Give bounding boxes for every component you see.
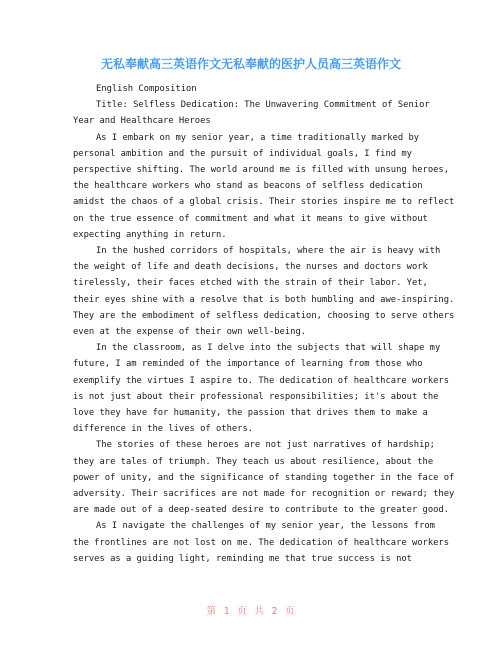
document-page: 无私奉献高三英语作文无私奉献的医护人员高三英语作文 English Compos… [0, 0, 502, 649]
document-body: English Composition Title: Selfless Dedi… [73, 81, 482, 567]
page-number-footer: 第 1 页 共 2 页 [0, 605, 502, 619]
paragraph-body-5: As I navigate the challenges of my senio… [73, 518, 482, 567]
paragraph-body-2: In the hushed corridors of hospitals, wh… [73, 243, 482, 340]
document-title: 无私奉献高三英语作文无私奉献的医护人员高三英语作文 [18, 56, 484, 73]
paragraph-english-composition: English Composition [73, 81, 482, 97]
paragraph-body-4: The stories of these heroes are not just… [73, 437, 482, 518]
paragraph-body-3: In the classroom, as I delve into the su… [73, 340, 482, 437]
paragraph-body-1: As I embark on my senior year, a time tr… [73, 130, 482, 243]
paragraph-essay-title: Title: Selfless Dedication: The Unwaveri… [73, 97, 482, 129]
